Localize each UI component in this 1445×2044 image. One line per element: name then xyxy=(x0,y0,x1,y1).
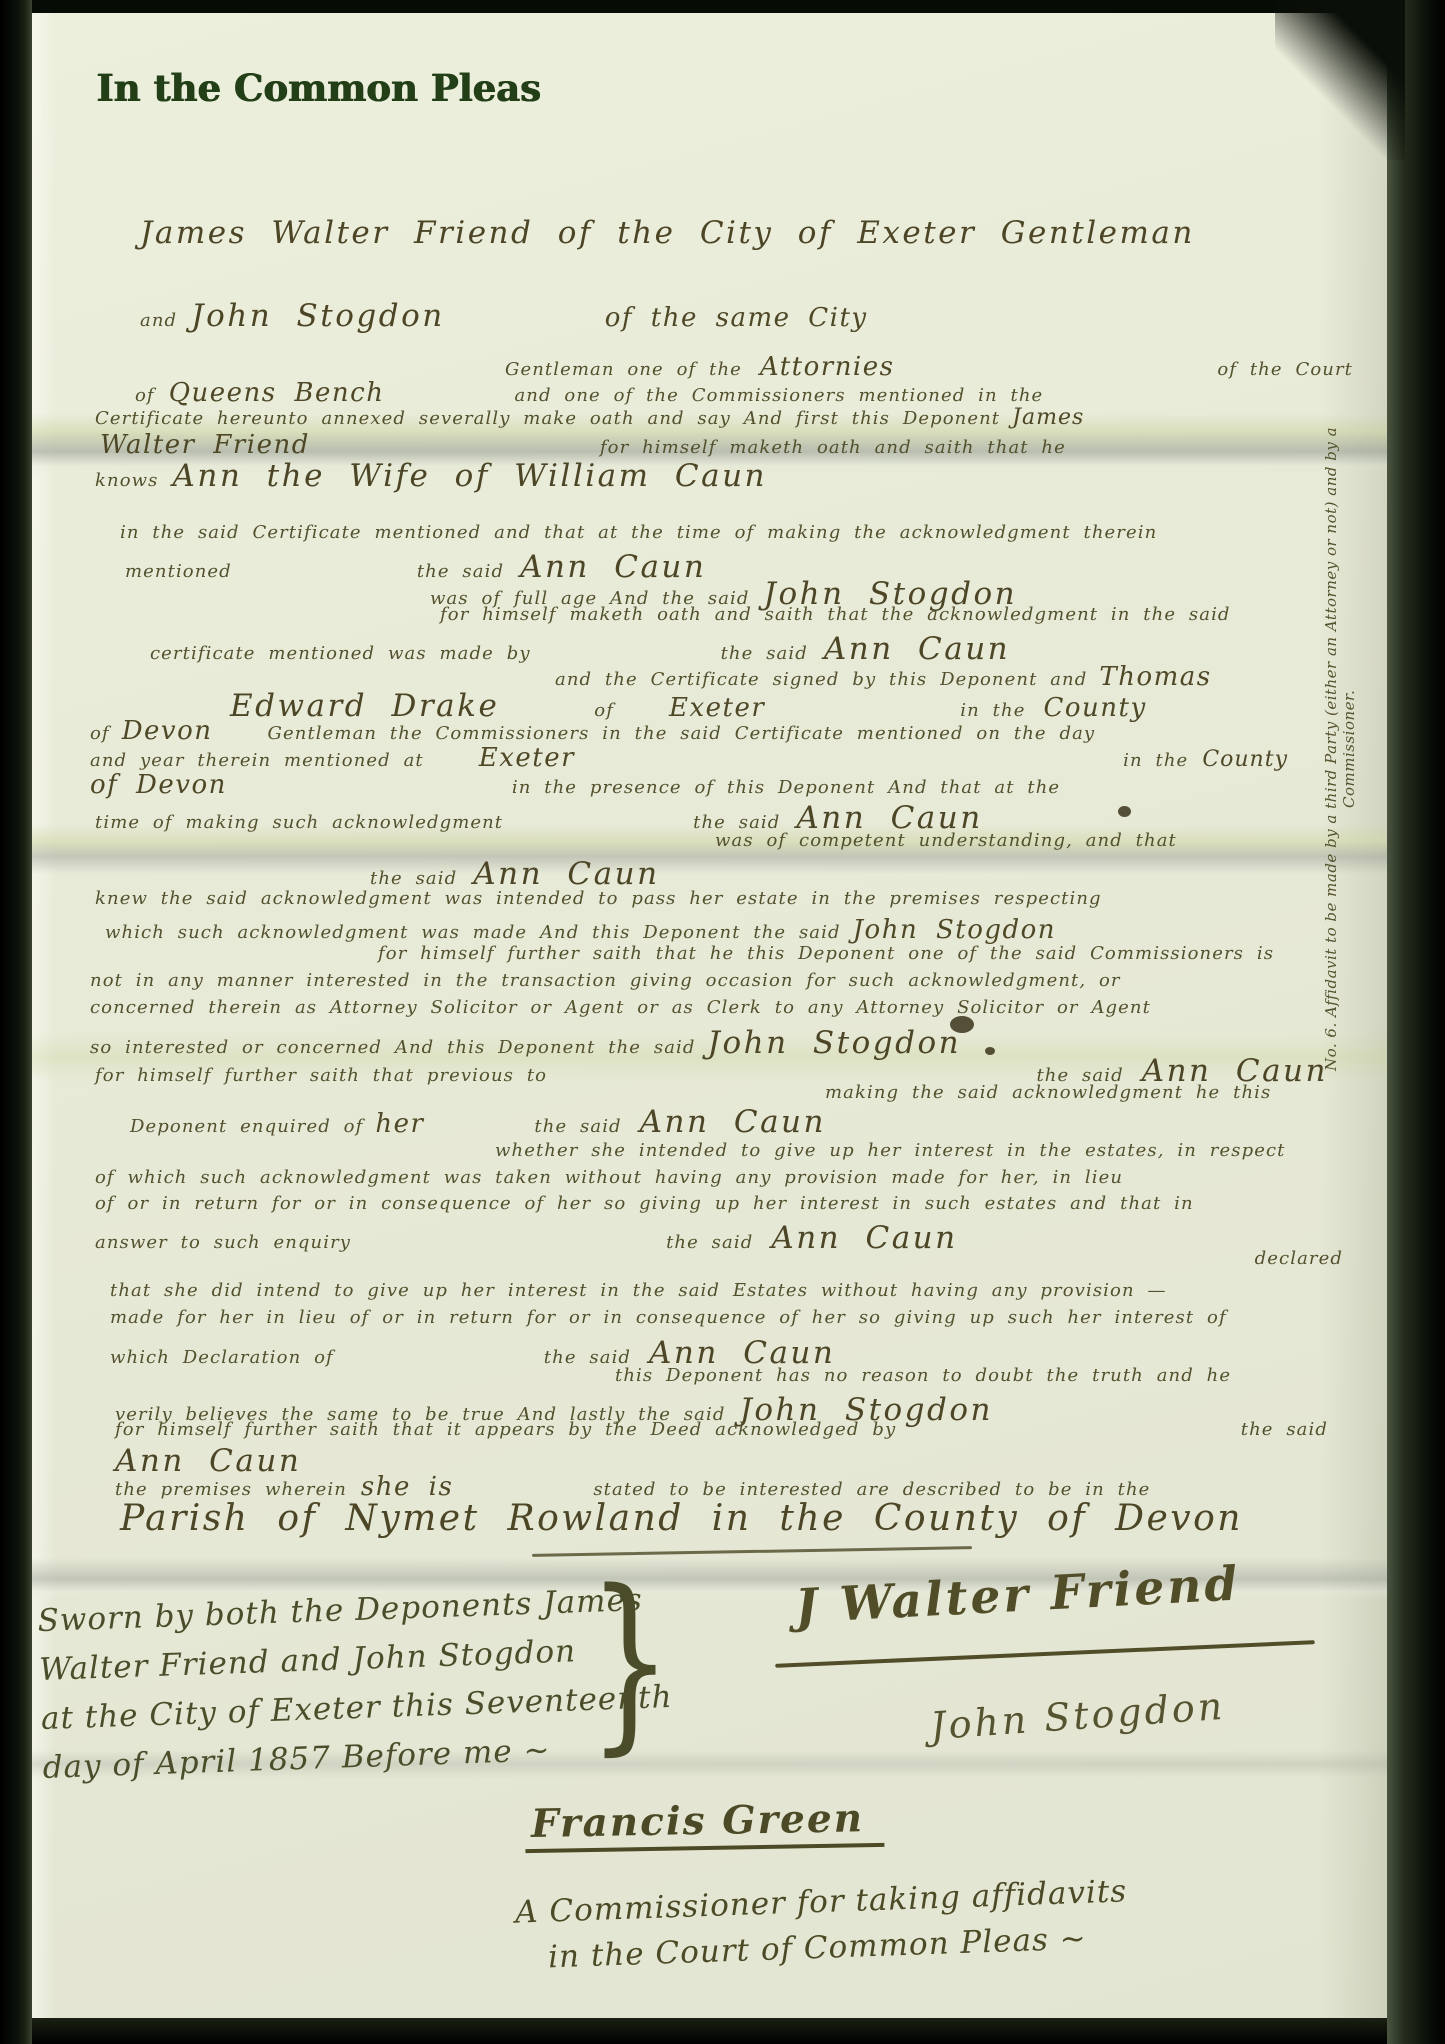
commissioner-signature: Francis Green xyxy=(525,1795,885,1853)
text-segment: James Walter Friend of the City of Exete… xyxy=(140,215,1195,251)
text-segment: of Devon xyxy=(90,770,227,800)
document-line: of or in return for or in consequence of… xyxy=(0,1193,1383,1214)
scan-border-top xyxy=(0,0,1445,13)
text-segment: knows xyxy=(95,470,158,491)
document-line: whether she intended to give up her inte… xyxy=(0,1140,1383,1161)
text-segment: not in any manner interested in the tran… xyxy=(90,970,1121,991)
text-segment: making the said acknowledgment he this xyxy=(825,1082,1271,1103)
document-line: concerned therein as Attorney Solicitor … xyxy=(0,997,1383,1018)
document-line: for himself maketh oath and saith that t… xyxy=(0,604,1383,625)
text-segment: Ann Caun xyxy=(473,856,659,892)
scan-border-left xyxy=(0,0,32,2044)
text-segment: that she did intend to give up her inter… xyxy=(110,1280,1167,1301)
document-line: made for her in lieu of or in return for… xyxy=(0,1307,1383,1328)
text-segment: concerned therein as Attorney Solicitor … xyxy=(90,997,1151,1018)
text-segment: for himself further saith that it appear… xyxy=(115,1419,896,1440)
document-line: knowsAnn the Wife of William Caun xyxy=(0,458,1383,494)
text-segment: and year therein mentioned at xyxy=(90,750,424,771)
document-line: making the said acknowledgment he this xyxy=(0,1082,1383,1103)
text-segment: of which such acknowledgment was taken w… xyxy=(95,1167,1123,1188)
text-segment: Exeter xyxy=(479,743,575,773)
document-line: of which such acknowledgment was taken w… xyxy=(0,1167,1383,1188)
document-line: ofQueens Benchand one of the Commissione… xyxy=(0,378,1383,408)
document-line: the saidAnn Caun xyxy=(0,856,1383,892)
scan-border-bottom xyxy=(0,2018,1445,2044)
document-line: in the said Certificate mentioned and th… xyxy=(0,522,1383,543)
text-segment: the said xyxy=(370,868,457,889)
text-segment: Gentleman the Commissioners in the said … xyxy=(268,723,1096,744)
text-segment: in the presence of this Deponent And tha… xyxy=(512,777,1060,798)
scan-border-corner xyxy=(1275,0,1405,160)
text-segment: the said xyxy=(1241,1419,1328,1440)
text-segment: was of competent understanding, and that xyxy=(715,830,1177,851)
document-line: Deponent enquired ofherthe saidAnn Caun xyxy=(0,1104,1383,1140)
text-segment: County xyxy=(1202,747,1288,772)
text-segment: of or in return for or in consequence of… xyxy=(95,1193,1194,1214)
text-segment: the said xyxy=(534,1116,621,1137)
scanned-affidavit-document: In the Common Pleas James Walter Friend … xyxy=(0,0,1445,2044)
text-segment: the premises wherein xyxy=(115,1479,347,1500)
document-line: of Devonin the presence of this Deponent… xyxy=(0,770,1383,800)
jurat-block: Sworn by both the Deponents James Walter… xyxy=(37,1575,675,1793)
text-segment: Ann the Wife of William Caun xyxy=(172,458,767,494)
text-segment: for himself maketh oath and saith that h… xyxy=(600,437,1066,458)
document-line: knew the said acknowledgment was intende… xyxy=(0,888,1383,909)
text-segment: of xyxy=(135,385,155,406)
document-line: for himself further saith that he this D… xyxy=(0,943,1383,964)
text-segment: declared xyxy=(1255,1248,1343,1269)
text-segment: this Deponent has no reason to doubt the… xyxy=(615,1365,1231,1386)
text-segment: Parish of Nymet Rowland in the County of… xyxy=(120,1498,1243,1539)
text-segment: and xyxy=(140,310,177,331)
document-line: andJohn Stogdonof the same City xyxy=(0,298,1383,334)
text-segment: her xyxy=(375,1109,424,1139)
jurat-brace: } xyxy=(588,1566,672,1757)
text-segment: Deponent enquired of xyxy=(130,1116,363,1137)
document-line: and year therein mentioned atExeterin th… xyxy=(0,743,1383,773)
text-segment: Walter Friend xyxy=(100,430,310,460)
text-segment: of the same City xyxy=(605,303,868,333)
text-segment: made for her in lieu of or in return for… xyxy=(110,1307,1227,1328)
text-segment: John Stogdon xyxy=(853,915,1056,945)
text-segment: in the said Certificate mentioned and th… xyxy=(120,522,1157,543)
text-segment: and the Certificate signed by this Depon… xyxy=(555,669,1087,690)
text-segment: Ann Caun xyxy=(640,1104,826,1140)
document-line: Certificate hereunto annexed severally m… xyxy=(0,405,1383,430)
document-line: was of competent understanding, and that xyxy=(0,830,1383,851)
text-segment: Gentleman one of the xyxy=(505,359,742,380)
document-line: that she did intend to give up her inter… xyxy=(0,1280,1383,1301)
text-segment: and one of the Commissioners mentioned i… xyxy=(514,385,1043,406)
document-line: this Deponent has no reason to doubt the… xyxy=(0,1365,1383,1386)
text-segment: Certificate hereunto annexed severally m… xyxy=(95,408,1000,429)
document-line: declared xyxy=(0,1248,1383,1269)
text-segment: knew the said acknowledgment was intende… xyxy=(95,888,1102,909)
document-line: not in any manner interested in the tran… xyxy=(0,970,1383,991)
text-segment: for himself further saith that he this D… xyxy=(378,943,1274,964)
text-segment: in the xyxy=(1123,750,1188,771)
text-segment: whether she intended to give up her inte… xyxy=(495,1140,1285,1161)
document-line: for himself further saith that it appear… xyxy=(0,1419,1383,1440)
text-segment: stated to be interested are described to… xyxy=(593,1479,1150,1500)
document-line: James Walter Friend of the City of Exete… xyxy=(0,215,1383,251)
document-line: ofDevonGentleman the Commissioners in th… xyxy=(0,716,1383,746)
text-segment: certificate mentioned was made by xyxy=(150,643,531,664)
text-segment: James xyxy=(1012,405,1084,430)
scan-border-right xyxy=(1387,0,1445,2044)
margin-docket-note: No. 6. Affidavit to be made by a third P… xyxy=(1322,425,1358,1073)
text-segment: John Stogdon xyxy=(191,298,445,334)
text-segment: of xyxy=(90,723,110,744)
text-segment: Queens Bench xyxy=(169,378,385,408)
document-line: Parish of Nymet Rowland in the County of… xyxy=(0,1498,1383,1539)
document-line: which such acknowledgment was made And t… xyxy=(0,915,1383,945)
text-segment: which such acknowledgment was made And t… xyxy=(105,922,841,943)
text-segment: Devon xyxy=(122,716,213,746)
text-segment: of the Court xyxy=(1217,359,1353,380)
text-segment: the said xyxy=(721,643,808,664)
text-segment: for himself maketh oath and saith that t… xyxy=(440,604,1231,625)
document-line: Walter Friendfor himself maketh oath and… xyxy=(0,430,1383,460)
